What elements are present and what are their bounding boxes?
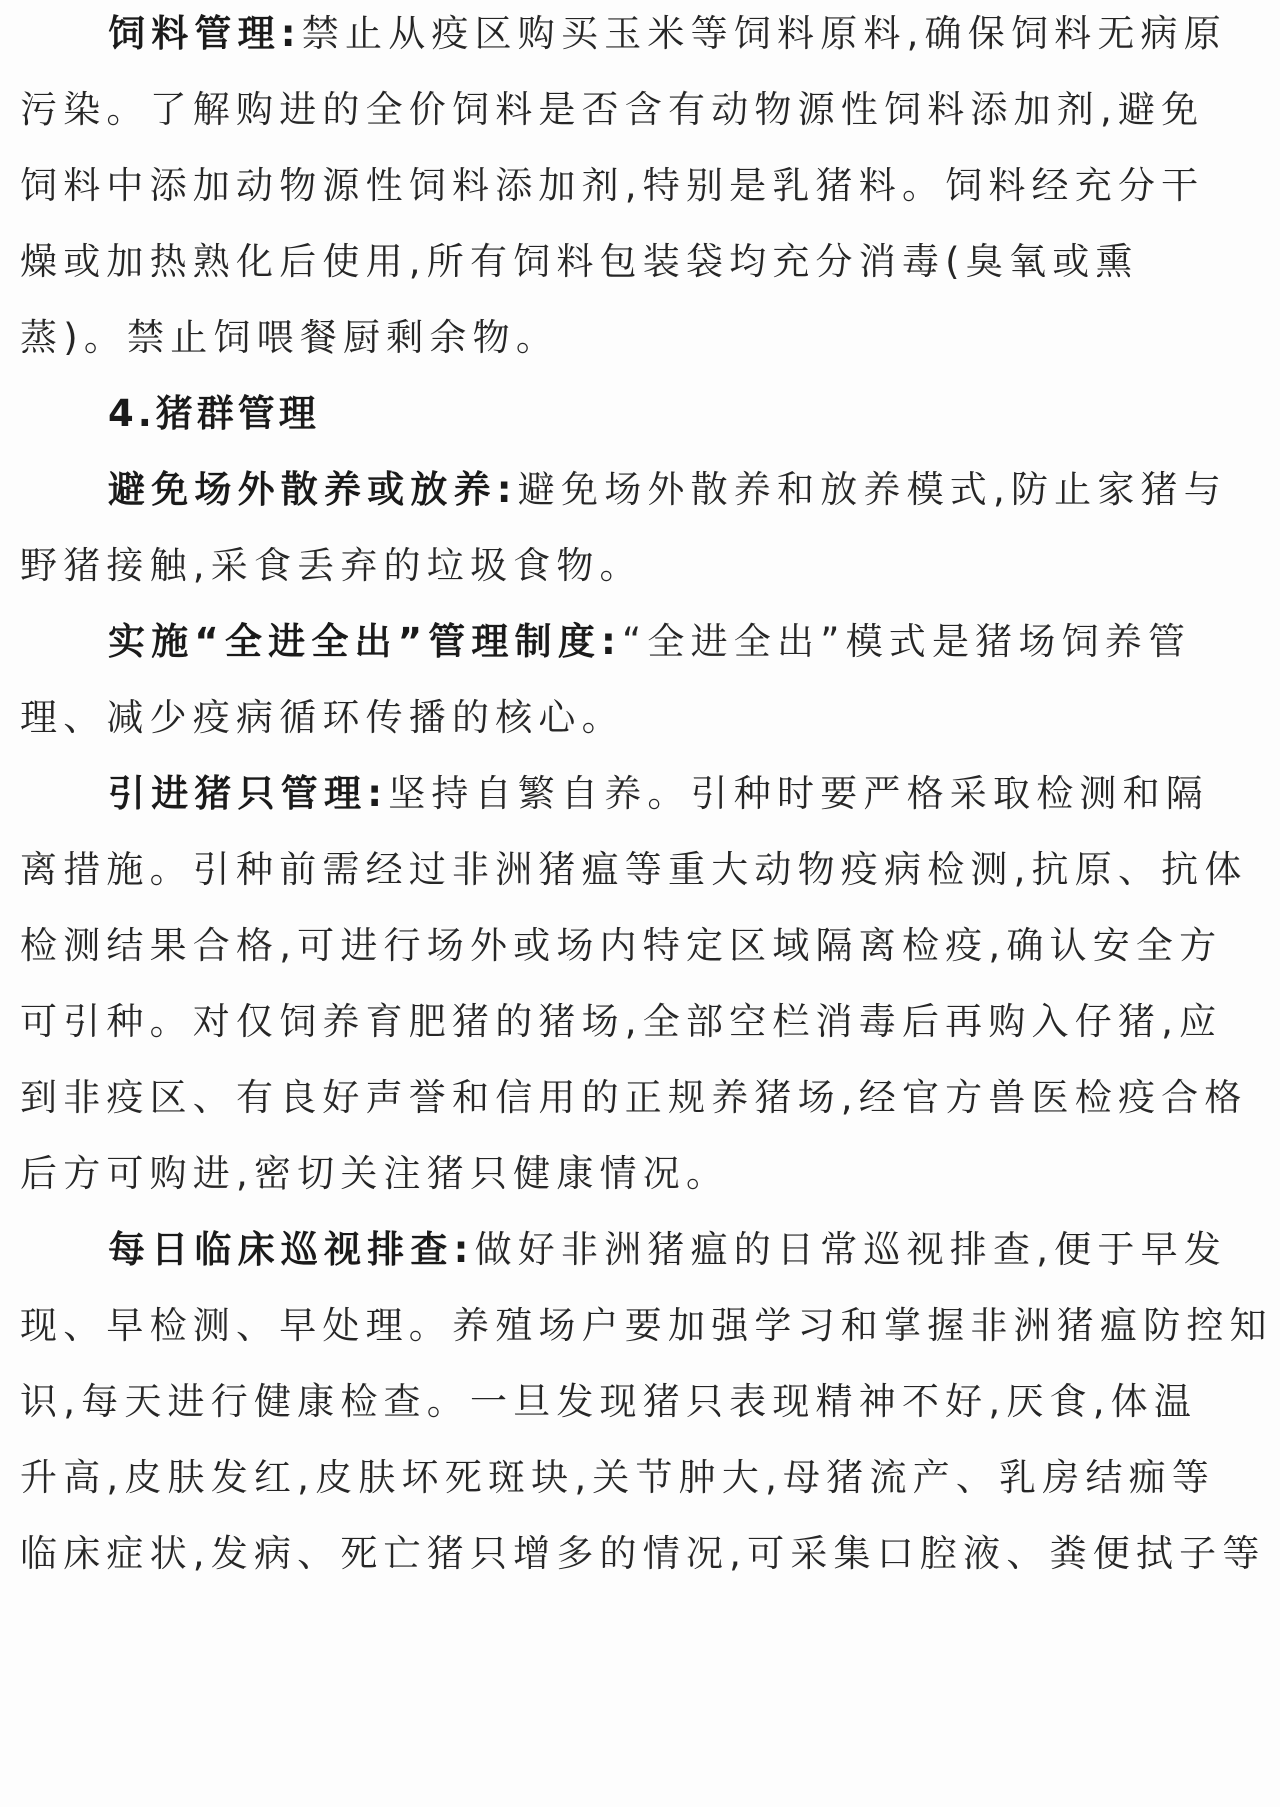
paragraph-text: 做好非洲猪瘟的日常巡视排查,便于早发 bbox=[475, 1228, 1227, 1271]
paragraph-text: 坚持自繁自养。引种时要严格采取检测和隔 bbox=[388, 772, 1209, 815]
paragraph-feed-management-line-1: 饲料管理:禁止从疫区购买玉米等饲料原料,确保饲料无病原 bbox=[108, 0, 1227, 72]
paragraph-lead: 引进猪只管理: bbox=[108, 772, 388, 815]
paragraph-daily-inspection-line-1: 每日临床巡视排查:做好非洲猪瘟的日常巡视排查,便于早发 bbox=[108, 1212, 1227, 1288]
paragraph-pig-introduction-line-6: 后方可购进,密切关注猪只健康情况。 bbox=[20, 1136, 729, 1212]
paragraph-pig-introduction-line-1: 引进猪只管理:坚持自繁自养。引种时要严格采取检测和隔 bbox=[108, 756, 1209, 832]
paragraph-pig-introduction-line-3: 检测结果合格,可进行场外或场内特定区域隔离检疫,确认安全方 bbox=[20, 908, 1222, 984]
paragraph-feed-management-line-5: 蒸)。禁止饲喂餐厨剩余物。 bbox=[20, 300, 559, 376]
paragraph-feed-management-line-4: 燥或加热熟化后使用,所有饲料包装袋均充分消毒(臭氧或熏 bbox=[20, 224, 1139, 300]
paragraph-avoid-free-range-line-2: 野猪接触,采食丢弃的垃圾食物。 bbox=[20, 528, 643, 604]
paragraph-text: 避免场外散养和放养模式,防止家猪与 bbox=[518, 468, 1227, 511]
paragraph-lead: 每日临床巡视排查: bbox=[108, 1228, 475, 1271]
paragraph-lead: 饲料管理: bbox=[108, 12, 302, 55]
paragraph-avoid-free-range-line-1: 避免场外散养或放养:避免场外散养和放养模式,防止家猪与 bbox=[108, 452, 1227, 528]
paragraph-lead: 实施“全进全出”管理制度: bbox=[108, 620, 622, 663]
paragraph-daily-inspection-line-3: 识,每天进行健康检查。一旦发现猪只表现精神不好,厌食,体温 bbox=[20, 1364, 1197, 1440]
paragraph-lead: 避免场外散养或放养: bbox=[108, 468, 518, 511]
paragraph-text: 禁止从疫区购买玉米等饲料原料,确保饲料无病原 bbox=[302, 12, 1227, 55]
paragraph-pig-introduction-line-5: 到非疫区、有良好声誉和信用的正规养猪场,经官方兽医检疫合格 bbox=[20, 1060, 1248, 1136]
section-heading-herd-management: 4.猪群管理 bbox=[108, 376, 320, 452]
paragraph-feed-management-line-3: 饲料中添加动物源性饲料添加剂,特别是乳猪料。饲料经充分干 bbox=[20, 148, 1204, 224]
paragraph-all-in-all-out-line-2: 理、减少疫病循环传播的核心。 bbox=[20, 680, 625, 756]
paragraph-all-in-all-out-line-1: 实施“全进全出”管理制度:“全进全出”模式是猪场饲养管 bbox=[108, 604, 1191, 680]
paragraph-daily-inspection-line-5: 临床症状,发病、死亡猪只增多的情况,可采集口腔液、粪便拭子等 bbox=[20, 1516, 1266, 1592]
paragraph-feed-management-line-2: 污染。了解购进的全价饲料是否含有动物源性饲料添加剂,避免 bbox=[20, 72, 1204, 148]
paragraph-pig-introduction-line-2: 离措施。引种前需经过非洲猪瘟等重大动物疫病检测,抗原、抗体 bbox=[20, 832, 1248, 908]
paragraph-text: “全进全出”模式是猪场饲养管 bbox=[622, 620, 1191, 663]
paragraph-daily-inspection-line-2: 现、早检测、早处理。养殖场户要加强学习和掌握非洲猪瘟防控知 bbox=[20, 1288, 1273, 1364]
paragraph-daily-inspection-line-4: 升高,皮肤发红,皮肤坏死斑块,关节肿大,母猪流产、乳房结痂等 bbox=[20, 1440, 1215, 1516]
paragraph-pig-introduction-line-4: 可引种。对仅饲养育肥猪的猪场,全部空栏消毒后再购入仔猪,应 bbox=[20, 984, 1222, 1060]
